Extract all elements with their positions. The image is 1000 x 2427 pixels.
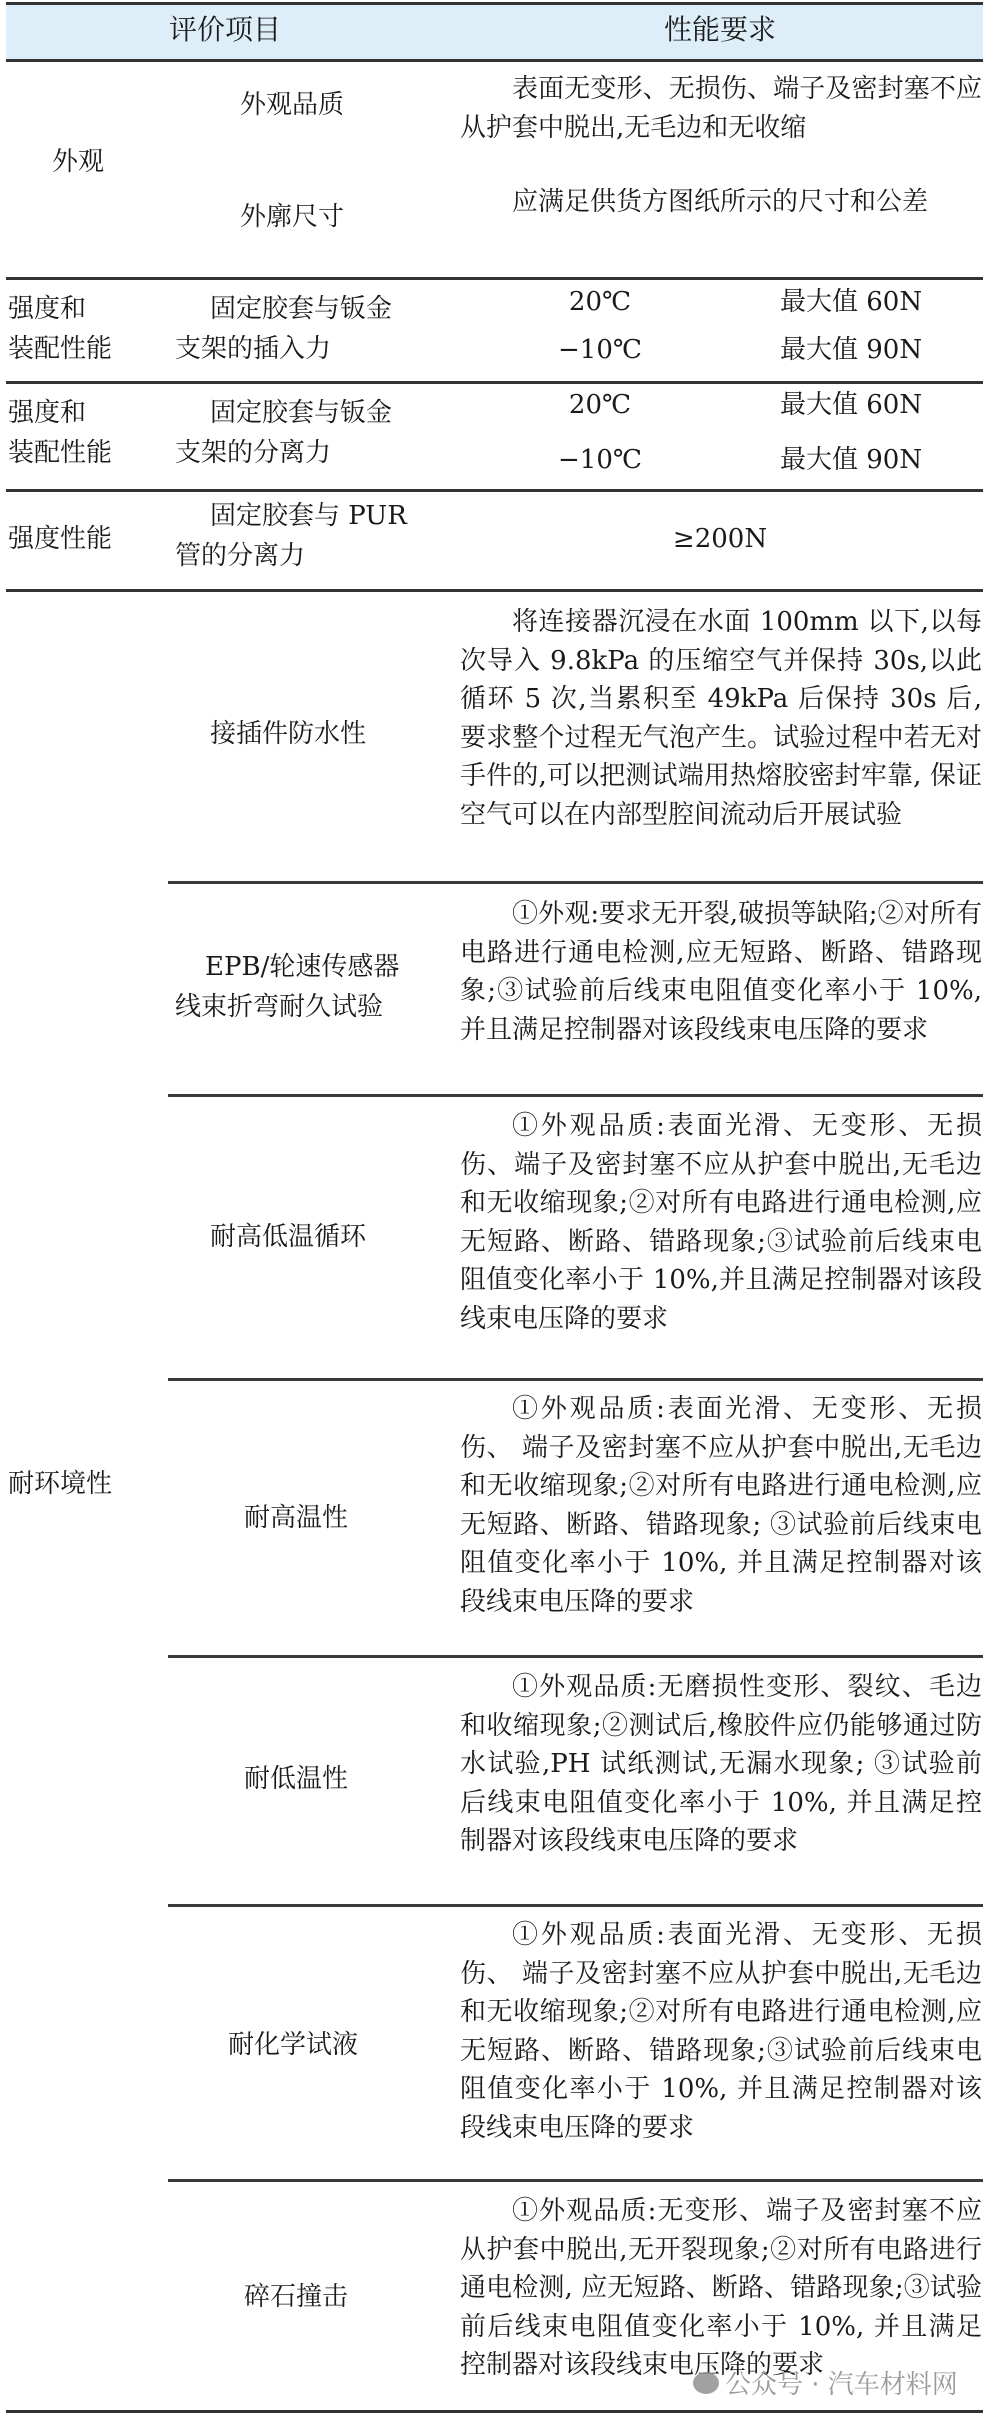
requirement-text: ①外观品质:表面光滑、无变形、无损伤、端子及密封塞不应从护套中脱出,无毛边和无收…: [460, 1107, 982, 1338]
requirement-text: 应满足供货方图纸所示的尺寸和公差: [460, 183, 982, 222]
row-rule: [168, 1378, 983, 1381]
value-cell: 最大值 60N: [780, 386, 922, 424]
category-label: 外观: [52, 143, 104, 181]
row-rule: [168, 1904, 983, 1907]
temp-cell: 20℃: [530, 386, 670, 424]
item-label-line1: 固定胶套与钣金: [210, 290, 392, 328]
requirement-text: 将连接器沉浸在水面 100mm 以下,以每次导入 9.8kPa 的压缩空气并保持…: [460, 603, 982, 834]
row-rule: [168, 2179, 983, 2182]
item-label: 耐高低温循环: [210, 1218, 366, 1256]
requirement-text: ①外观品质:表面光滑、无变形、无损伤、 端子及密封塞不应从护套中脱出,无毛边和无…: [460, 1916, 982, 2147]
item-label: 接插件防水性: [210, 715, 366, 753]
item-label-line1: 固定胶套与钣金: [210, 394, 392, 432]
section-rule: [6, 589, 983, 592]
top-rule: [6, 2, 983, 5]
category-label-line1: 强度和: [8, 290, 86, 328]
bottom-rule: [6, 2410, 983, 2413]
item-label-line2: 线束折弯耐久试验: [175, 988, 383, 1026]
header-item: 评价项目: [130, 11, 320, 49]
item-label-line1: 固定胶套与 PUR: [210, 497, 407, 535]
requirement-text: 表面无变形、无损伤、端子及密封塞不应从护套中脱出,无毛边和无收缩: [460, 70, 982, 147]
section-rule: [6, 277, 983, 280]
requirement-text: ①外观品质:表面光滑、无变形、无损伤、 端子及密封塞不应从护套中脱出,无毛边和无…: [460, 1390, 982, 1621]
item-label: 碎石撞击: [244, 2278, 348, 2316]
requirement-text: ①外观品质:无变形、端子及密封塞不应从护套中脱出,无开裂现象;②对所有电路进行通…: [460, 2192, 982, 2385]
row-rule: [168, 1094, 983, 1097]
value-cell: 最大值 90N: [780, 331, 922, 369]
item-label: 耐化学试液: [228, 2026, 358, 2064]
header-rule: [6, 59, 983, 62]
wechat-bubble-icon: [693, 2372, 719, 2394]
temp-cell: 20℃: [530, 283, 670, 321]
item-label: 外观品质: [240, 86, 344, 124]
category-label: 耐环境性: [8, 1465, 112, 1503]
value-cell: 最大值 90N: [780, 441, 922, 479]
section-rule: [6, 489, 983, 492]
item-label: 耐高温性: [244, 1499, 348, 1537]
value-cell: 最大值 60N: [780, 283, 922, 321]
temp-cell: −10℃: [530, 331, 670, 369]
requirement-text: ≥200N: [630, 520, 810, 558]
temp-cell: −10℃: [530, 441, 670, 479]
item-label: 外廓尺寸: [240, 198, 344, 236]
item-label: 耐低温性: [244, 1760, 348, 1798]
requirement-text: ①外观:要求无开裂,破损等缺陷;②对所有电路进行通电检测,应无短路、断路、错路现…: [460, 895, 982, 1049]
requirement-text: ①外观品质:无磨损性变形、裂纹、毛边和收缩现象;②测试后,橡胶件应仍能够通过防水…: [460, 1668, 982, 1861]
item-label-line2: 支架的分离力: [175, 434, 331, 472]
category-label: 强度性能: [8, 520, 112, 558]
watermark: 公众号 · 汽车材料网: [693, 2364, 958, 2401]
item-label-line2: 管的分离力: [175, 537, 305, 575]
row-rule: [168, 1655, 983, 1658]
item-label-line2: 支架的插入力: [175, 330, 331, 368]
category-label-line1: 强度和: [8, 394, 86, 432]
category-label-line2: 装配性能: [8, 434, 112, 472]
watermark-text: 公众号 · 汽车材料网: [725, 2364, 958, 2401]
header-requirement: 性能要求: [620, 11, 820, 49]
category-label-line2: 装配性能: [8, 330, 112, 368]
row-rule: [168, 881, 983, 884]
item-label-line1: EPB/轮速传感器: [205, 948, 399, 986]
section-rule: [6, 381, 983, 384]
